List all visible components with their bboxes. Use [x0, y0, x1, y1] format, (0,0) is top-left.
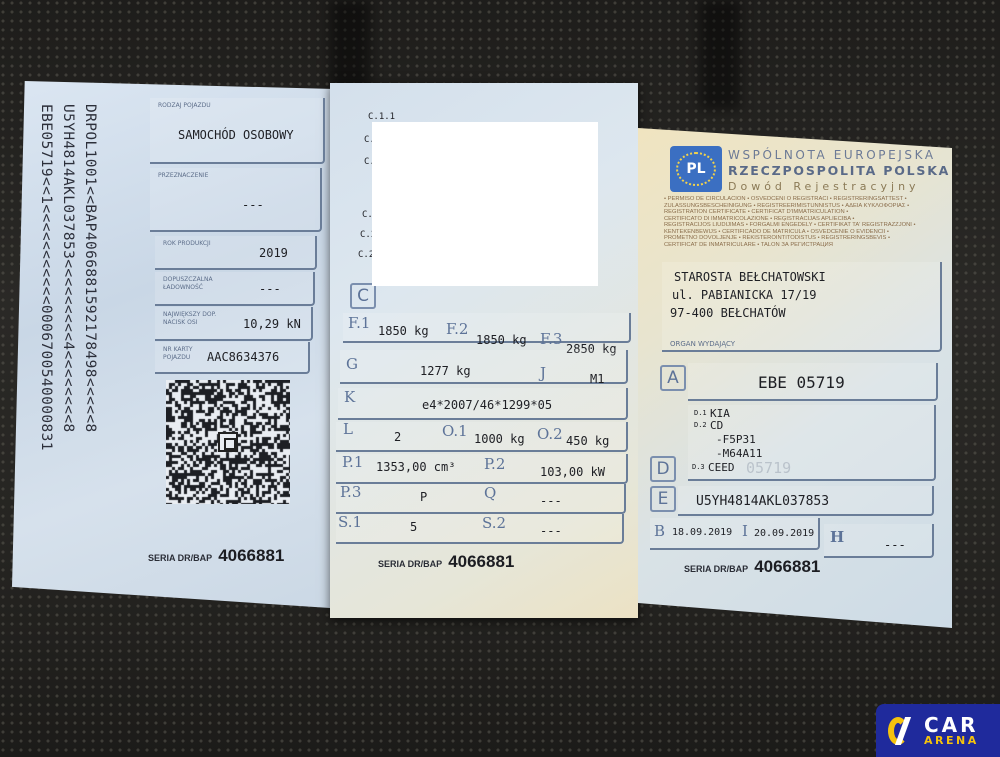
q-value: --- [540, 494, 562, 508]
o2-value: 450 kg [566, 434, 609, 448]
header-doc-type: Dowód Rejestracyjny [728, 180, 920, 193]
first-registration-date: 18.09.2019 [672, 527, 732, 538]
model-value: CEED [708, 461, 735, 474]
code-s2: S.2 [482, 514, 506, 532]
code-o2: O.2 [537, 425, 563, 443]
serial-left: SERIA DR/BAP4066881 [148, 546, 284, 566]
code-h: H [830, 528, 844, 546]
l-value: 2 [394, 430, 401, 444]
field-production-year: Rok produkcji 2019 [155, 236, 317, 270]
mrz-line: U5YH4814AKL037853<<<<<<<<<4<<<<<<<<8 [58, 104, 78, 544]
vehicle-type-value: SAMOCHÓD OSOBOWY [178, 128, 294, 142]
code-p2: P.2 [484, 455, 505, 473]
f2-value: 1850 kg [476, 333, 527, 347]
p2-value: 103,00 kW [540, 465, 605, 479]
load-capacity-value: --- [259, 282, 281, 296]
serial-right: SERIA DR/BAP4066881 [684, 557, 820, 577]
code-p1: P.1 [342, 453, 363, 471]
machine-readable-zone: DRPOL1001<<BAP4066881592178498<<<<<8 U5Y… [30, 104, 100, 544]
production-year-value: 2019 [259, 246, 288, 260]
p1-value: 1353,00 cm³ [376, 460, 455, 474]
field-purpose: Przeznaczenie --- [150, 168, 322, 232]
issuer-line: ul. PABIANICKA 17/19 [672, 288, 817, 302]
code-q: Q [484, 484, 496, 502]
purpose-value: --- [242, 198, 264, 212]
code-e: E [650, 486, 676, 512]
g-value: 1277 kg [420, 364, 471, 378]
field-vehicle-card-number: Nr karty pojazdu AAC8634376 [155, 342, 310, 374]
code-i: I [742, 522, 748, 540]
field-vehicle-type: Rodzaj pojazdu SAMOCHÓD OSOBOWY [150, 98, 325, 164]
s2-value: --- [540, 524, 562, 538]
header-country: RZECZPOSPOLITA POLSKA [728, 163, 950, 178]
security-watermark: 05719 [746, 459, 791, 477]
j-value: M1 [590, 372, 604, 386]
code-p3: P.3 [340, 483, 361, 501]
mrz-line: DRPOL1001<<BAP4066881592178498<<<<<8 [80, 104, 100, 544]
code-j: J [540, 364, 546, 382]
row-s [336, 514, 624, 544]
redaction-box [372, 122, 598, 286]
type-value: CD [710, 419, 723, 432]
seat-seam [330, 0, 370, 90]
logo-line2: ARENA [924, 735, 979, 746]
field-h: H --- [824, 524, 934, 558]
vehicle-card-number-value: AAC8634376 [207, 350, 279, 364]
code-k: K [344, 388, 355, 406]
car-arena-logo-icon [888, 717, 914, 745]
field-make-model: D.1 KIA D.2 CD -F5P31 -M64A11 D.3 CEED 0… [688, 405, 936, 481]
field-registration-number: EBE 05719 [688, 363, 938, 401]
row-p3-q [336, 484, 626, 514]
issuer-box: STAROSTA BEŁCHATOWSKI ul. PABIANICKA 17/… [662, 262, 942, 352]
mrz-line: EBE05719<<1<<<<<<<<<<<0006700540000831 [36, 104, 56, 544]
variant-value: -F5P31 [716, 433, 756, 446]
code-c: C [350, 283, 376, 309]
code-d: D [650, 456, 676, 482]
field-load-capacity: Dopuszczalna ładowność --- [155, 272, 315, 306]
p3-value: P [420, 490, 427, 504]
aztec-finder-pattern [218, 432, 238, 452]
code-b: B [654, 522, 665, 540]
logo-line1: CAR [924, 715, 979, 735]
registration-date: 20.09.2019 [754, 528, 814, 539]
code-g: G [346, 355, 358, 373]
aztec-code [166, 380, 290, 504]
h-value: --- [884, 538, 906, 552]
serial-middle: SERIA DR/BAP4066881 [378, 552, 514, 572]
code-f2: F.2 [446, 320, 468, 338]
row-g-j [340, 350, 628, 384]
c11-label: C.1.1 [368, 112, 395, 122]
f1-value: 1850 kg [378, 324, 429, 338]
issuer-line: 97-400 BEŁCHATÓW [670, 306, 786, 320]
code-o1: O.1 [442, 422, 468, 440]
axle-load-value: 10,29 kN [243, 317, 301, 331]
code-s1: S.1 [338, 513, 362, 531]
o1-value: 1000 kg [474, 432, 525, 446]
field-dates: B 18.09.2019 I 20.09.2019 [650, 518, 820, 550]
vin-value: U5YH4814AKL037853 [696, 494, 829, 509]
field-vin: U5YH4814AKL037853 [678, 486, 934, 516]
registration-number-value: EBE 05719 [758, 373, 845, 392]
code-a: A [660, 365, 686, 391]
code-f3: F.3 [540, 330, 562, 348]
eu-flag-icon: PL [670, 146, 722, 192]
field-axle-load: Największy dop. nacisk osi 10,29 kN [155, 307, 313, 341]
k-value: e4*2007/46*1299*05 [422, 398, 552, 412]
multilingual-titles: • PERMISO DE CIRCULACIÓN • OSVĚDČENÍ O R… [664, 196, 944, 248]
s1-value: 5 [410, 520, 417, 534]
header-eu: WSPÓLNOTA EUROPEJSKA [728, 148, 936, 162]
code-f1: F.1 [348, 314, 370, 332]
issuer-line: STAROSTA BEŁCHATOWSKI [674, 270, 826, 284]
code-l: L [343, 420, 353, 438]
car-arena-logo: CAR ARENA [876, 704, 1000, 757]
